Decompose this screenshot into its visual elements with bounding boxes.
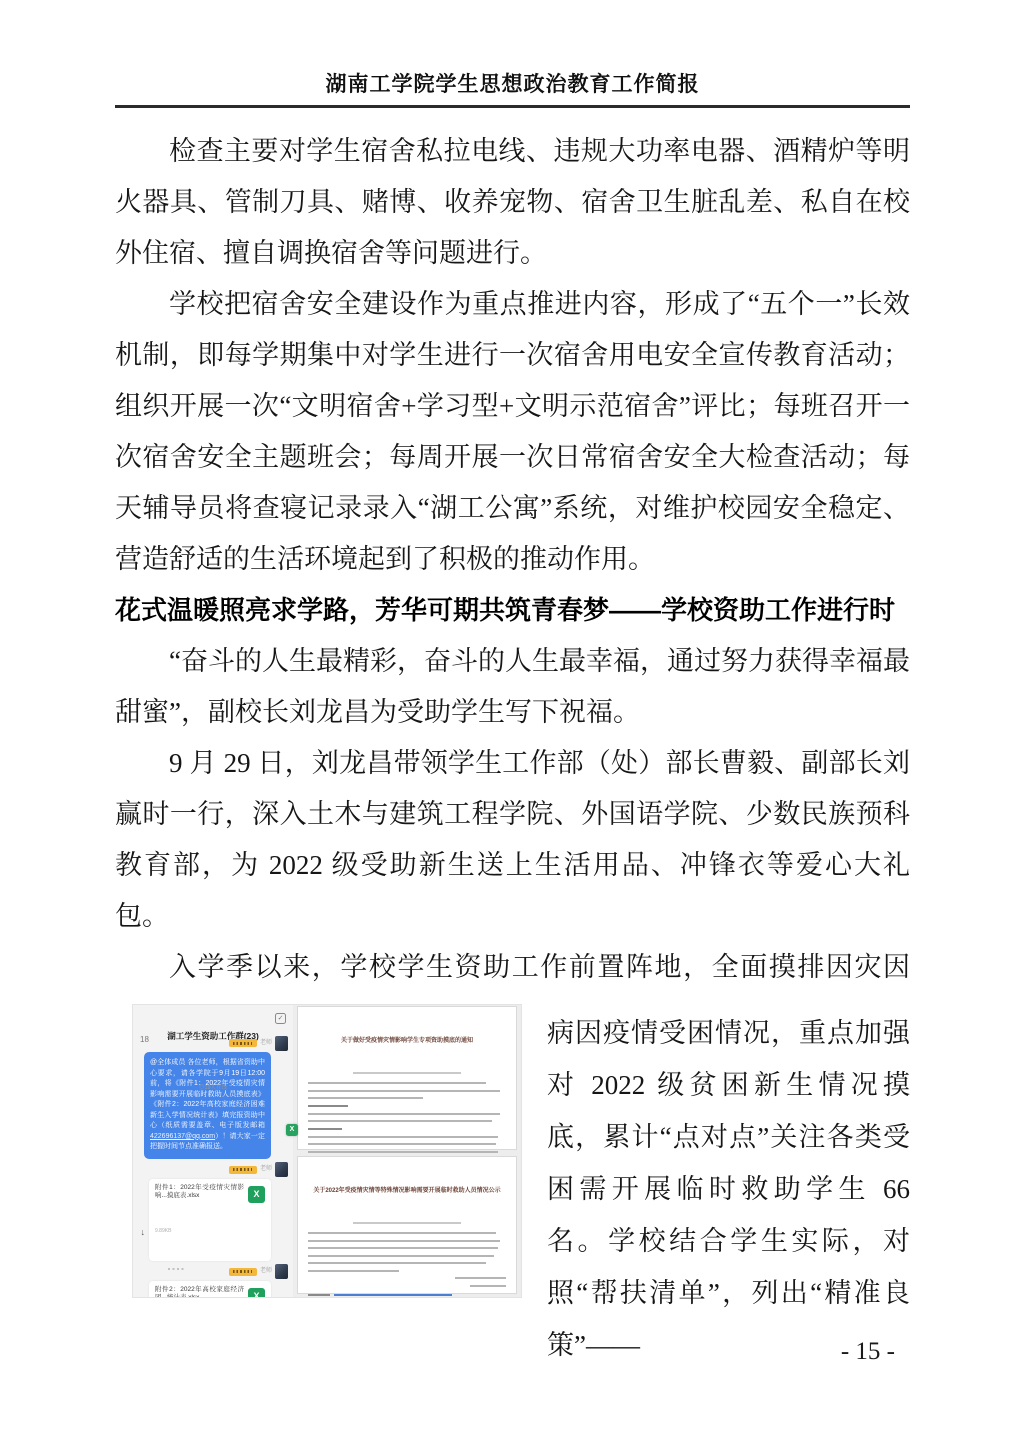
notice-1-title: 关于做好受疫情灾情影响学生专项资助摸底的通知 — [308, 1016, 506, 1067]
attachment-card-1[interactable]: 附件1：2022年受疫情灾情影响...摸底表.xlsx 9.89KB X — [149, 1179, 271, 1261]
notice-page-1: 关于做好受疫情灾情影响学生专项资助摸底的通知 — [297, 1006, 517, 1150]
sender-row: 老师 — [133, 1265, 293, 1279]
notice-2-attachment-link-line — [308, 1294, 506, 1297]
notice-documents-panel: 关于做好受疫情灾情影响学生专项资助摸底的通知 — [293, 1005, 521, 1297]
external-group-check-icon[interactable]: ✓ — [275, 1013, 286, 1024]
attachment-link-bar — [334, 1294, 452, 1297]
paragraph-inspection: 检查主要对学生宿舍私拉电线、违规大功率电器、酒精炉等明火器具、管制刀具、赌博、收… — [115, 126, 910, 279]
paragraph-visit: 9 月 29 日，刘龙昌带领学生工作部（处）部长曹毅、副部长刘赢时一行，深入土木… — [115, 738, 910, 942]
page-number: - 15 - — [841, 1338, 895, 1366]
file-meta: 附件2：2022年高校家庭经济困...统计表.xlsx 10.78KB — [155, 1286, 244, 1298]
body-text: 检查主要对学生宿舍私拉电线、违规大功率电器、酒精炉等明火器具、管制刀具、赌博、收… — [115, 126, 910, 1371]
notice-2-title: 关于2022年受疫情灾情等特殊情况影响需要开展临时救助人员情况公示 — [308, 1166, 506, 1217]
document-page: 湖南工学院学生思想政治教育工作简报 检查主要对学生宿舍私拉电线、违规大功率电器、… — [0, 0, 1024, 1448]
file-meta: 附件1：2022年受疫情灾情影响...摸底表.xlsx 9.89KB — [155, 1184, 244, 1257]
notice-1-subtitle-line — [353, 1072, 462, 1074]
file-name: 附件1：2022年受疫情灾情影响...摸底表.xlsx — [155, 1184, 244, 1201]
chat-title-block: 湖工学生资助工作群(23) ◎19人在线 — [133, 1008, 293, 1114]
bulletin-title: 湖南工学院学生思想政治教育工作简报 — [115, 68, 910, 98]
notice-page-2: 关于2022年受疫情灾情等特殊情况影响需要开展临时救助人员情况公示 — [297, 1156, 517, 1294]
attachment-card-2[interactable]: 附件2：2022年高校家庭经济困...统计表.xlsx 10.78KB X — [149, 1281, 271, 1298]
page-header: 湖南工学院学生思想政治教育工作简报 — [115, 68, 910, 108]
file-name: 附件2：2022年高校家庭经济困...统计表.xlsx — [155, 1286, 244, 1298]
download-icon[interactable]: ↓ — [141, 1207, 146, 1258]
avatar — [275, 1264, 288, 1279]
file-size: 9.89KB — [155, 1206, 244, 1257]
attachment-row: ↓ 附件2：2022年高校家庭经济困...统计表.xlsx 10.78KB X — [133, 1281, 293, 1298]
online-status: ◎19人在线 — [133, 1063, 293, 1114]
paragraph-dorm-safety: 学校把宿舍安全建设作为重点推进内容，形成了“五个一”长效机制，即每学期集中对学生… — [115, 279, 910, 585]
paragraph-funding-wrap: 病因疫情受困情况，重点加强对 2022 级贫困新生情况摸底，累计“点对点”关注各… — [547, 1005, 910, 1371]
excel-file-icon: X — [248, 1186, 265, 1203]
header-rule — [115, 105, 910, 108]
excel-file-icon: X — [248, 1288, 265, 1298]
email-link[interactable]: 422696137@qq.com — [150, 1133, 215, 1140]
excel-badge-icon: X — [286, 1124, 298, 1136]
wecom-chat-panel: 18 湖工学生资助工作群(23) ◎19人在线 ✓ 老师 @全体成员 各位老 — [133, 1005, 293, 1297]
paragraph-blessing: “奋斗的人生最精彩，奋斗的人生最幸福，通过努力获得幸福最甜蜜”，副校长刘龙昌为受… — [115, 636, 910, 738]
unread-count-badge: 18 — [140, 1014, 149, 1065]
section-heading-funding: 花式温暖照亮求学路，芳华可期共筑青春梦——学校资助工作进行时 — [115, 585, 910, 636]
chat-header: 18 湖工学生资助工作群(23) ◎19人在线 ✓ — [133, 1008, 293, 1032]
avatar — [275, 1162, 288, 1177]
figure-and-text-row: 18 湖工学生资助工作群(23) ◎19人在线 ✓ 老师 @全体成员 各位老 — [115, 1005, 910, 1371]
sender-row: 老师 — [133, 1163, 293, 1177]
chat-screenshot-figure: 18 湖工学生资助工作群(23) ◎19人在线 ✓ 老师 @全体成员 各位老 — [133, 1005, 521, 1297]
member-tag-badge — [229, 1166, 257, 1174]
notice-2-subtitle-line — [353, 1222, 462, 1224]
member-tag-badge — [229, 1268, 257, 1276]
group-chat-title: 湖工学生资助工作群(23) — [133, 1011, 293, 1062]
member-tag-badge — [229, 1039, 257, 1047]
paragraph-funding-intro: 入学季以来，学校学生资助工作前置阵地，全面摸排因灾因 — [115, 942, 910, 993]
